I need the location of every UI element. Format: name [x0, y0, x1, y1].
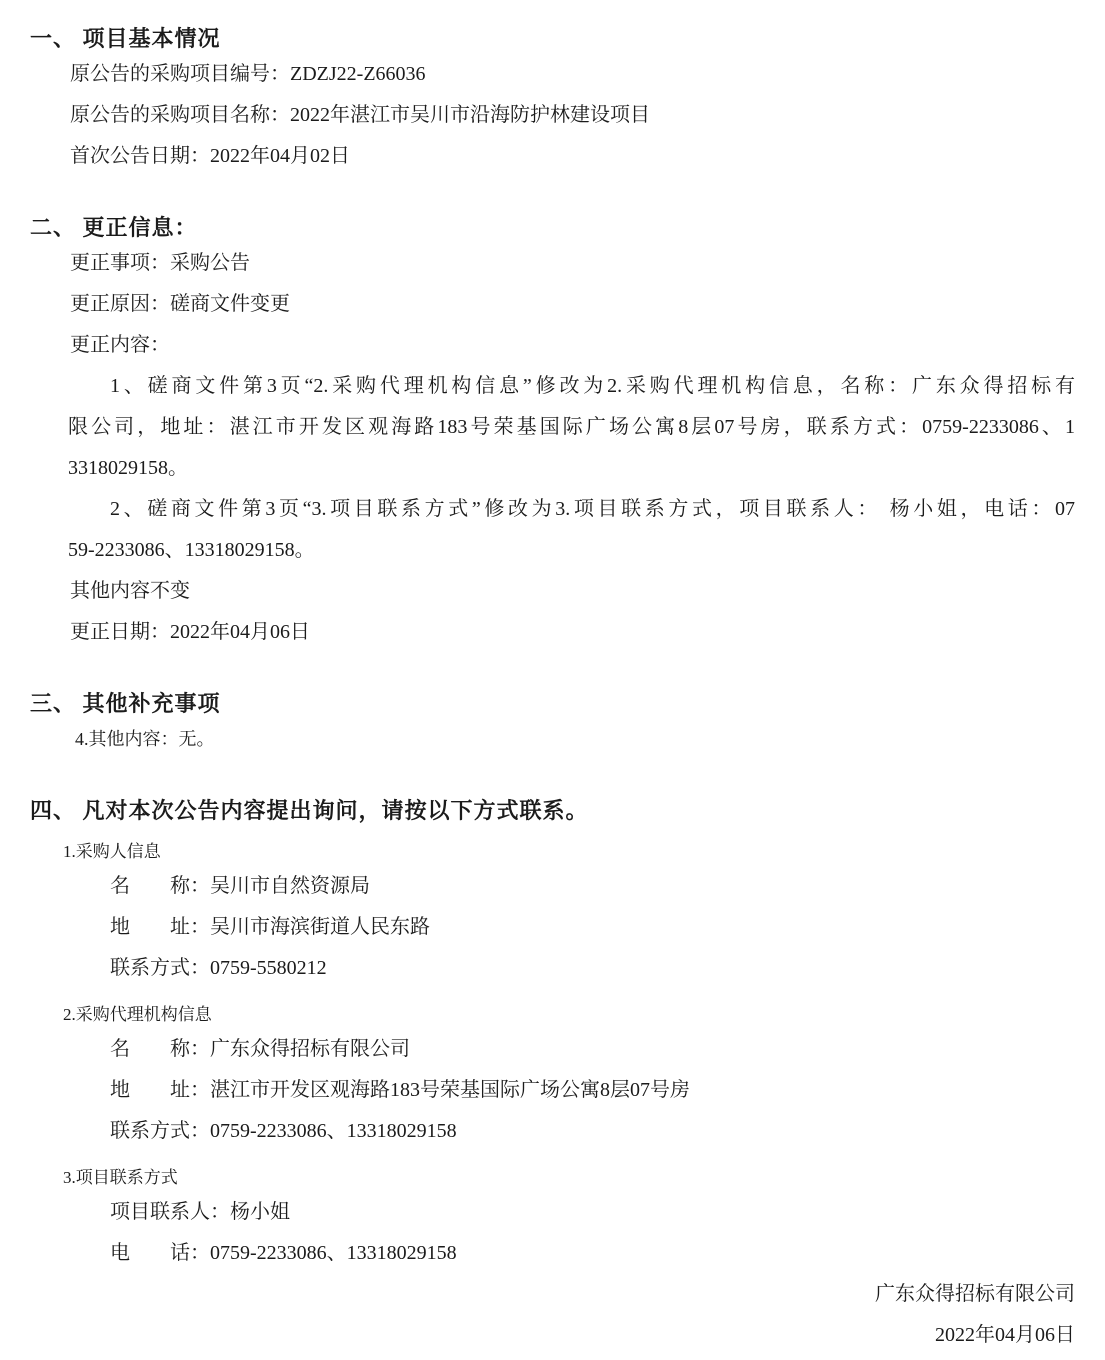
agency-info-title: 2.采购代理机构信息	[30, 1001, 1075, 1029]
other-content-note: 4.其他内容：无。	[30, 719, 1075, 760]
agency-address: 地 址：湛江市开发区观海路183号荣基国际广场公寓8层07号房	[30, 1070, 1075, 1111]
project-contact-title: 3.项目联系方式	[30, 1164, 1075, 1192]
section-4-heading: 四、 凡对本次公告内容提出询问，请按以下方式联系。	[30, 796, 1075, 826]
document-page: 一、 项目基本情况 原公告的采购项目编号：ZDZJ22-Z66036 原公告的采…	[0, 0, 1105, 1360]
original-project-name: 原公告的采购项目名称：2022年湛江市吴川市沿海防护林建设项目	[30, 95, 1075, 136]
agency-name: 名 称：广东众得招标有限公司	[30, 1029, 1075, 1070]
original-project-number: 原公告的采购项目编号：ZDZJ22-Z66036	[30, 54, 1075, 95]
correction-content-label: 更正内容：	[30, 325, 1075, 366]
correction-para1-line1: 1、磋商文件第3页“2.采购代理机构信息”修改为2.采购代理机构信息，名称：广东…	[30, 366, 1075, 407]
project-contact-phone: 电 话：0759-2233086、13318029158	[30, 1233, 1075, 1274]
other-content-unchanged: 其他内容不变	[30, 571, 1075, 612]
correction-item: 更正事项：采购公告	[30, 243, 1075, 284]
correction-reason: 更正原因：磋商文件变更	[30, 284, 1075, 325]
section-1-heading: 一、 项目基本情况	[30, 24, 1075, 54]
correction-date: 更正日期：2022年04月06日	[30, 612, 1075, 653]
footer-company: 广东众得招标有限公司	[30, 1274, 1075, 1315]
purchaser-name: 名 称：吴川市自然资源局	[30, 866, 1075, 907]
section-3-heading: 三、 其他补充事项	[30, 689, 1075, 719]
purchaser-contact: 联系方式：0759-5580212	[30, 948, 1075, 989]
footer-date: 2022年04月06日	[30, 1315, 1075, 1356]
correction-para1-line3: 3318029158。	[30, 448, 1075, 489]
correction-para1-line2: 限公司，地址：湛江市开发区观海路183号荣基国际广场公寓8层07号房，联系方式：…	[30, 407, 1075, 448]
first-announcement-date: 首次公告日期：2022年04月02日	[30, 136, 1075, 177]
project-contact-person: 项目联系人：杨小姐	[30, 1192, 1075, 1233]
purchaser-info-title: 1.采购人信息	[30, 838, 1075, 866]
purchaser-address: 地 址：吴川市海滨街道人民东路	[30, 907, 1075, 948]
correction-para2-line1: 2、磋商文件第3页“3.项目联系方式”修改为3.项目联系方式，项目联系人： 杨小…	[30, 489, 1075, 530]
agency-contact: 联系方式：0759-2233086、13318029158	[30, 1111, 1075, 1152]
section-2-heading: 二、 更正信息：	[30, 213, 1075, 243]
correction-para2-line2: 59-2233086、13318029158。	[30, 530, 1075, 571]
